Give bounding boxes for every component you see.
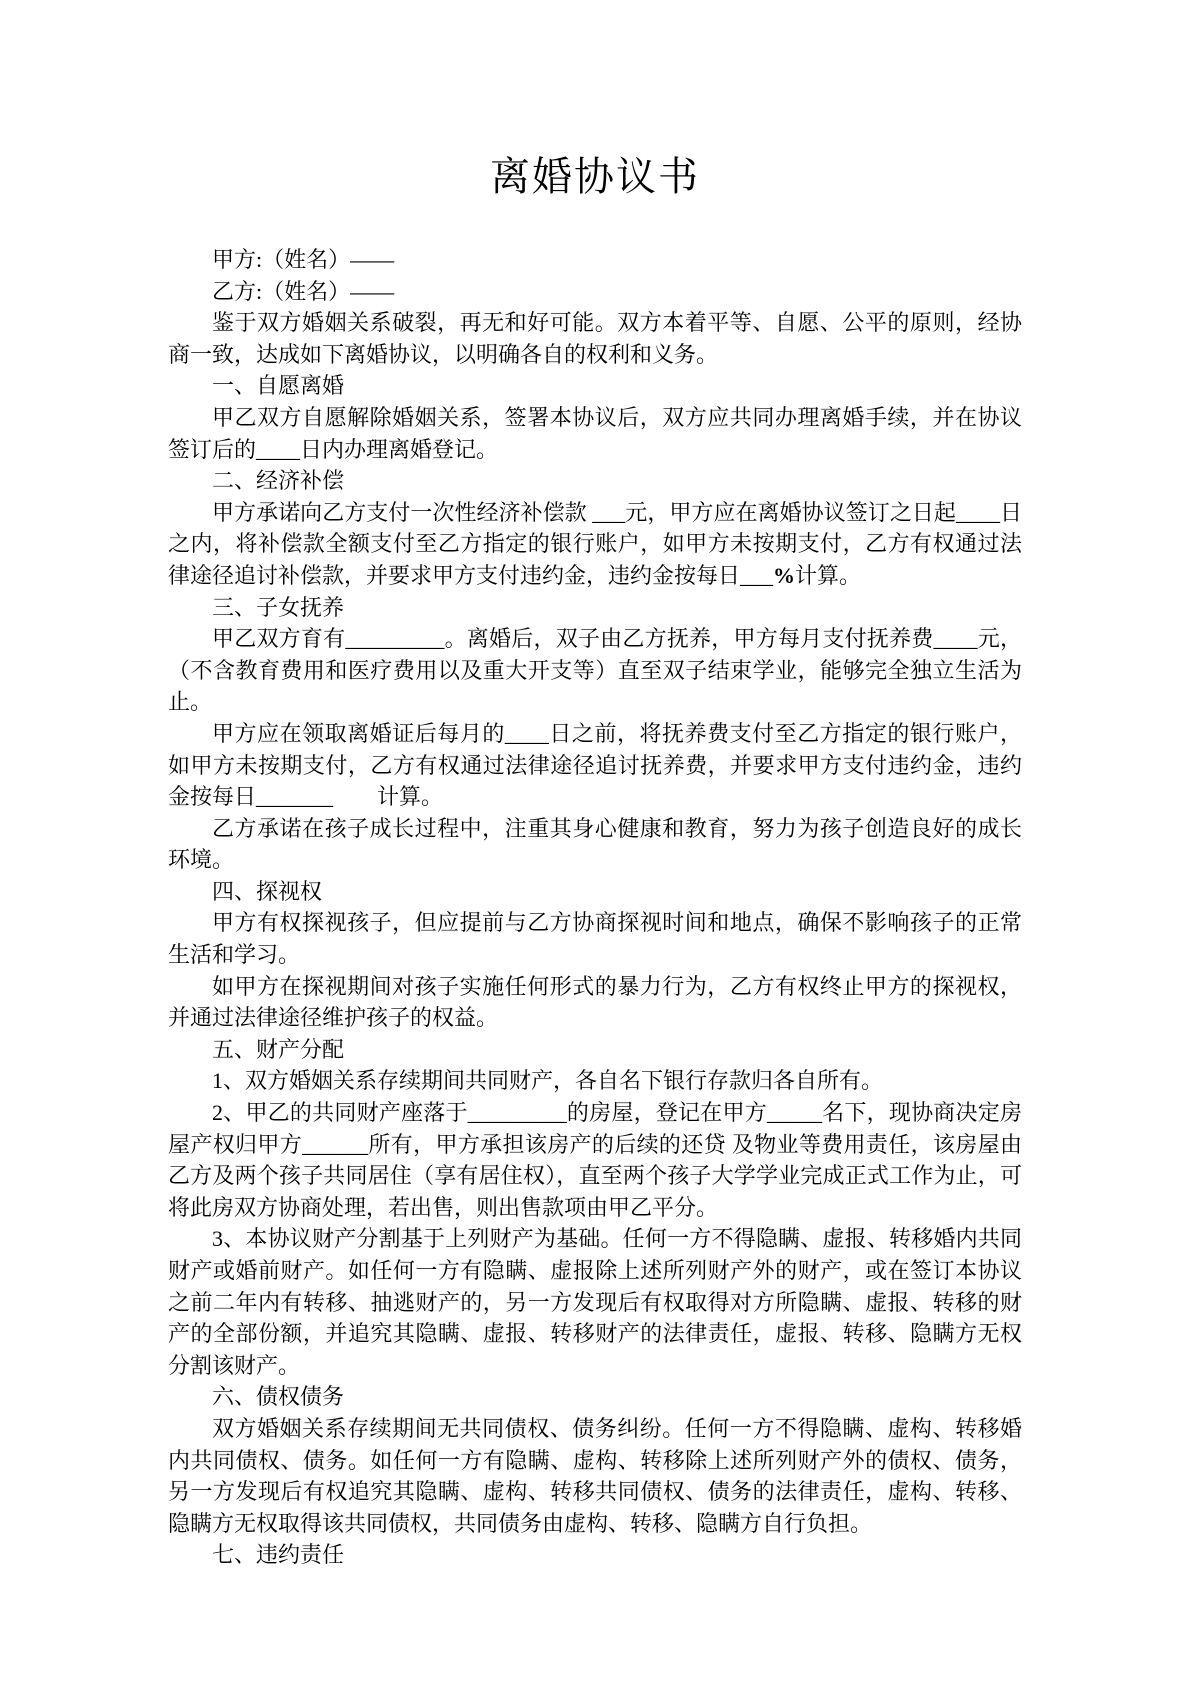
section-3-body-3: 乙方承诺在孩子成长过程中，注重其身心健康和教育，努力为孩子创造良好的成长环境。 (168, 813, 1022, 876)
section-7-heading: 七、违约责任 (168, 1539, 1022, 1571)
section-3-body-1: 甲乙双方育有_________。离婚后，双子由乙方抚养，甲方每月支付抚养费___… (168, 623, 1022, 718)
section-1-heading: 一、自愿离婚 (168, 370, 1022, 402)
section-5-item-3: 3、本协议财产分割基于上列财产为基础。任何一方不得隐瞒、虚报、转移婚内共同财产或… (168, 1223, 1022, 1381)
section-2-body-pre: 甲方承诺向乙方支付一次性经济补偿款 ___元，甲方应在离婚协议签订之日起____… (168, 500, 1022, 588)
section-4-heading: 四、探视权 (168, 876, 1022, 908)
party-b-line: 乙方:（姓名）—— (168, 276, 1022, 308)
preamble: 鉴于双方婚姻关系破裂，再无和好可能。双方本着平等、自愿、公平的原则，经协商一致，… (168, 307, 1022, 370)
section-4-body-2: 如甲方在探视期间对孩子实施任何形式的暴力行为，乙方有权终止甲方的探视权，并通过法… (168, 971, 1022, 1034)
section-5-item-1: 1、双方婚姻关系存续期间共同财产，各自名下银行存款归各自所有。 (168, 1065, 1022, 1097)
section-4-body-1: 甲方有权探视孩子，但应提前与乙方协商探视时间和地点，确保不影响孩子的正常生活和学… (168, 907, 1022, 970)
section-1-body: 甲乙双方自愿解除婚姻关系，签署本协议后，双方应共同办理离婚手续，并在协议签订后的… (168, 402, 1022, 465)
section-5-heading: 五、财产分配 (168, 1034, 1022, 1066)
section-3-heading: 三、子女抚养 (168, 592, 1022, 624)
section-6-heading: 六、债权债务 (168, 1381, 1022, 1413)
section-5-item-2: 2、甲乙的共同财产座落于_________的房屋，登记在甲方_____名下，现协… (168, 1097, 1022, 1223)
section-6-body: 双方婚姻关系存续期间无共同债权、债务纠纷。任何一方不得隐瞒、虚构、转移婚内共同债… (168, 1413, 1022, 1539)
section-2-heading: 二、经济补偿 (168, 465, 1022, 497)
section-3-body-2: 甲方应在领取离婚证后每月的____日之前，将抚养费支付至乙方指定的银行账户，如甲… (168, 718, 1022, 813)
party-a-line: 甲方:（姓名）—— (168, 244, 1022, 276)
document-page: 离婚协议书 甲方:（姓名）—— 乙方:（姓名）—— 鉴于双方婚姻关系破裂，再无和… (0, 0, 1190, 1683)
section-2-body-post: 计算。 (795, 563, 861, 588)
document-body: 离婚协议书 甲方:（姓名）—— 乙方:（姓名）—— 鉴于双方婚姻关系破裂，再无和… (168, 0, 1022, 1571)
document-title: 离婚协议书 (168, 148, 1022, 206)
section-2-body: 甲方承诺向乙方支付一次性经济补偿款 ___元，甲方应在离婚协议签订之日起____… (168, 497, 1022, 592)
percent-emphasis: % (773, 563, 795, 588)
